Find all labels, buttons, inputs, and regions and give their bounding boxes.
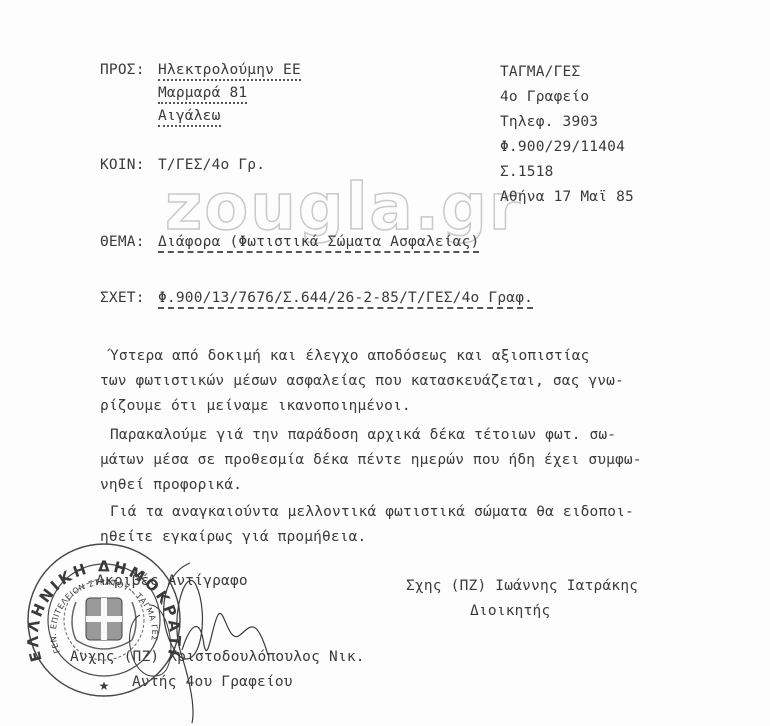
reference-value: Φ.900/13/7676/Σ.644/26-2-85/Τ/ΓΕΣ/4ο Γρα… — [158, 290, 533, 309]
signature-icon — [100, 555, 280, 725]
sender-line-4: Φ.900/29/11404 — [500, 139, 625, 155]
reference-label: ΣΧΕΤ: — [100, 290, 145, 306]
recipient-label: ΠΡΟΣ: — [100, 62, 145, 78]
signatory-name: Σχης (ΠΖ) Ιωάννης Ιατράκης — [406, 578, 638, 594]
sender-line-5: Σ.1518 — [500, 164, 554, 180]
watermark: zougla.gr — [165, 176, 522, 240]
signatory-title: Διοικητής — [470, 603, 550, 619]
body-line: των φωτιστικών μέσων ασφαλείας που κατασ… — [100, 373, 624, 389]
subject-value: Διάφορα (Φωτιστικά Σώματα Ασφαλείας) — [158, 234, 479, 253]
body-line: ρίζουμε ότι μείναμε ικανοποιημένοι. — [100, 398, 411, 414]
body-line: μάτων μέσα σε προθεσμία δέκα πέντε ημερώ… — [100, 452, 642, 468]
recipient-line-3: Αιγάλεω — [158, 108, 221, 127]
recipient-line-1: Ηλεκτρολούμην ΕΕ — [158, 62, 301, 81]
cc-label: ΚΟΙΝ: — [100, 157, 145, 173]
body-line: Παρακαλούμε γιά την παράδοση αρχικά δέκα… — [110, 427, 616, 443]
sender-line-3: Τηλεφ. 3903 — [500, 114, 598, 130]
body-line: Γιά τα αναγκαιούντα μελλοντικά φωτιστικά… — [110, 504, 634, 520]
sender-date: Αθήνα 17 Μαϊ 85 — [500, 189, 634, 205]
sender-line-2: 4ο Γραφείο — [500, 89, 589, 105]
body-line: νηθεί προφορικά. — [100, 477, 242, 493]
recipient-line-2: Μαρμαρά 81 — [158, 85, 247, 104]
sender-line-1: ΤΑΓΜΑ/ΓΕΣ — [500, 64, 580, 80]
body-line: Ύστερα από δοκιμή και έλεγχο αποδόσεως κ… — [110, 348, 590, 364]
cc-value: Τ/ΓΕΣ/4ο Γρ. — [158, 157, 265, 173]
subject-label: ΘΕΜΑ: — [100, 234, 145, 250]
